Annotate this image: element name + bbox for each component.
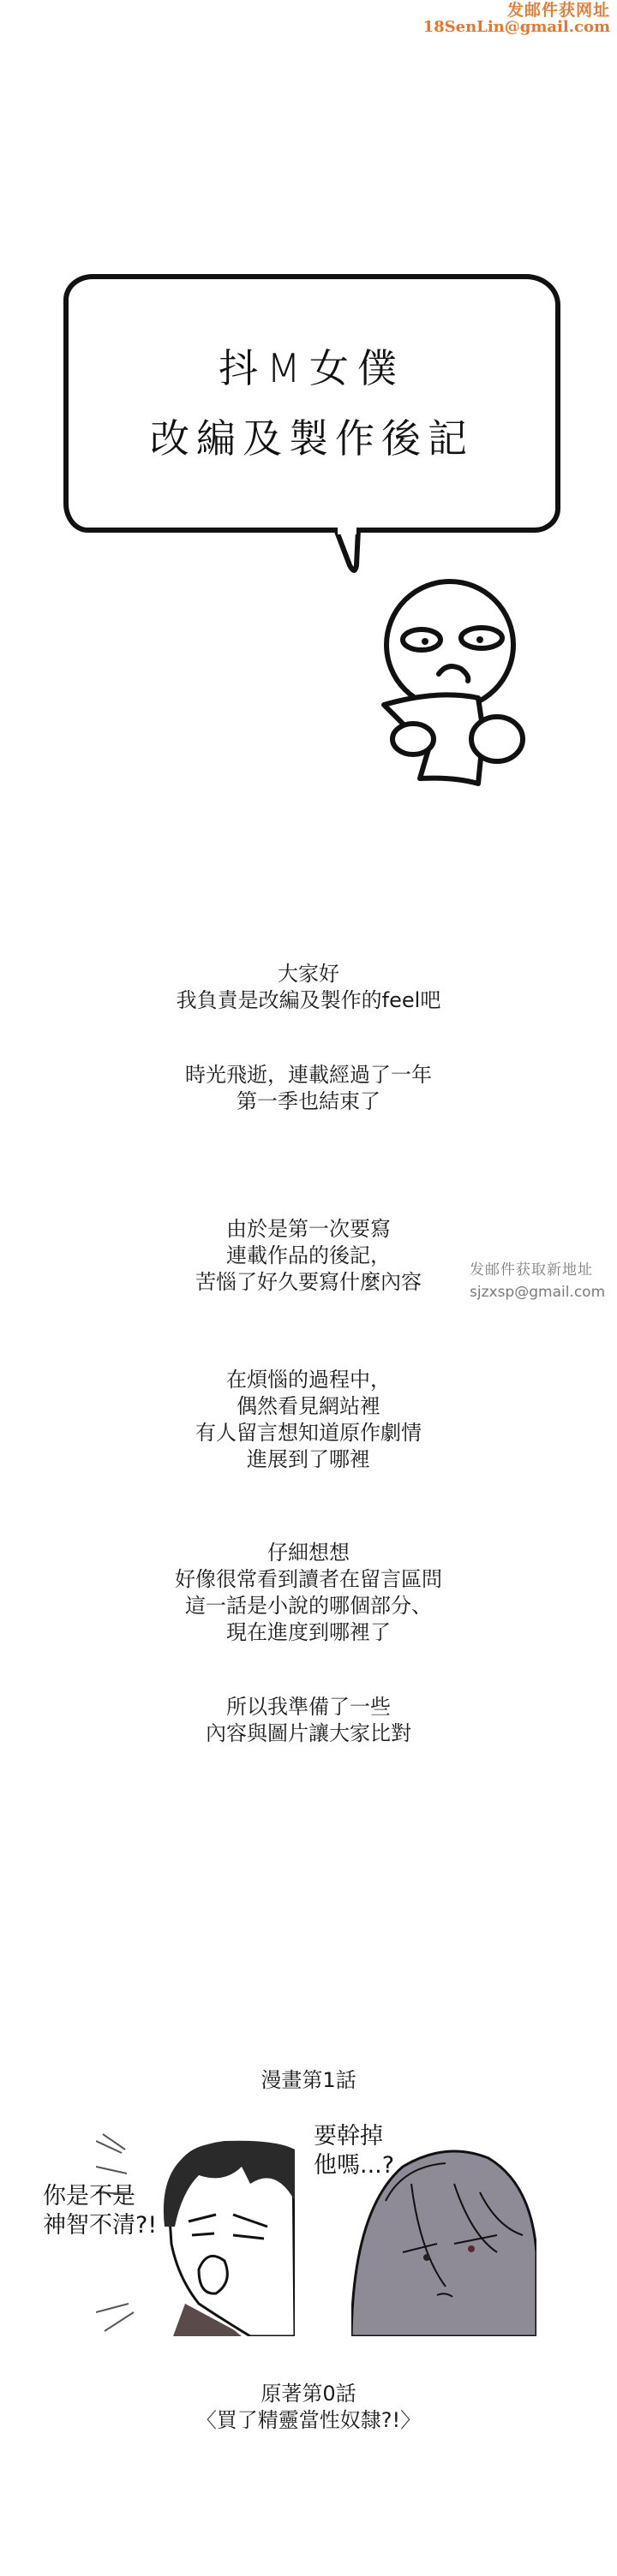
- speech-line: 要幹掉: [314, 2122, 394, 2151]
- reading-paper-character-icon: [377, 578, 531, 801]
- paragraph-reader-questions: 仔細想想 好像很常看到讀者在留言區問 這一話是小說的哪個部分、 現在進度到哪裡了: [0, 1540, 617, 1646]
- text-line: 〈買了精靈當性奴隸?!〉: [0, 2407, 617, 2434]
- text-line: 原著第0話: [0, 2381, 617, 2407]
- watermark-side: 发邮件获取新地址 sjzxsp@gmail.com: [470, 1259, 605, 1303]
- paragraph-comments: 在煩惱的過程中， 偶然看見網站裡 有人留言想知道原作劇情 進展到了哪裡: [0, 1367, 617, 1473]
- novel-chapter-label: 原著第0話 〈買了精靈當性奴隸?!〉: [0, 2381, 617, 2434]
- speech-left: 你是不是 神智不清?!: [43, 2182, 157, 2240]
- title-line-1: 抖M女僕: [69, 337, 555, 394]
- text-line: 所以我準備了一些: [0, 1694, 617, 1720]
- title-line-2: 改編及製作後記: [69, 408, 555, 464]
- text-line: 時光飛逝，連載經過了一年: [0, 1062, 617, 1088]
- text-line: 好像很常看到讀者在留言區問: [0, 1566, 617, 1593]
- text-line: 我負責是改編及製作的feel吧: [0, 987, 617, 1014]
- text-line: 仔細想想: [0, 1540, 617, 1566]
- bubble-tail-cover: [0, 524, 617, 558]
- manga-chapter-label: 漫畫第1話: [0, 2067, 617, 2094]
- speech-right: 要幹掉 他嗎...?: [314, 2122, 394, 2180]
- text-line: 這一話是小說的哪個部分、: [0, 1593, 617, 1619]
- text-line: 有人留言想知道原作劇情: [0, 1420, 617, 1446]
- text-line: 偶然看見網站裡: [0, 1393, 617, 1420]
- paragraph-greeting: 大家好 我負責是改編及製作的feel吧: [0, 961, 617, 1014]
- text-line: 漫畫第1話: [0, 2067, 617, 2094]
- text-line: 由於是第一次要寫: [0, 1216, 617, 1243]
- text-line: 進展到了哪裡: [0, 1446, 617, 1473]
- watermark-side-line1: 发邮件获取新地址: [470, 1259, 605, 1281]
- text-line: 現在進度到哪裡了: [0, 1619, 617, 1646]
- paragraph-time-passed: 時光飛逝，連載經過了一年 第一季也結束了: [0, 1062, 617, 1115]
- text-line: 內容與圖片讓大家比對: [0, 1720, 617, 1747]
- paragraph-prepared: 所以我準備了一些 內容與圖片讓大家比對: [0, 1694, 617, 1747]
- text-line: 在煩惱的過程中，: [0, 1367, 617, 1393]
- text-line: 大家好: [0, 961, 617, 987]
- title-speech-bubble: 抖M女僕 改編及製作後記: [63, 274, 560, 533]
- speech-line: 你是不是: [43, 2182, 157, 2211]
- speech-line: 他嗎...?: [314, 2151, 394, 2180]
- watermark-side-email: sjzxsp@gmail.com: [470, 1281, 605, 1303]
- speech-line: 神智不清?!: [43, 2211, 157, 2240]
- text-line: 第一季也結束了: [0, 1088, 617, 1115]
